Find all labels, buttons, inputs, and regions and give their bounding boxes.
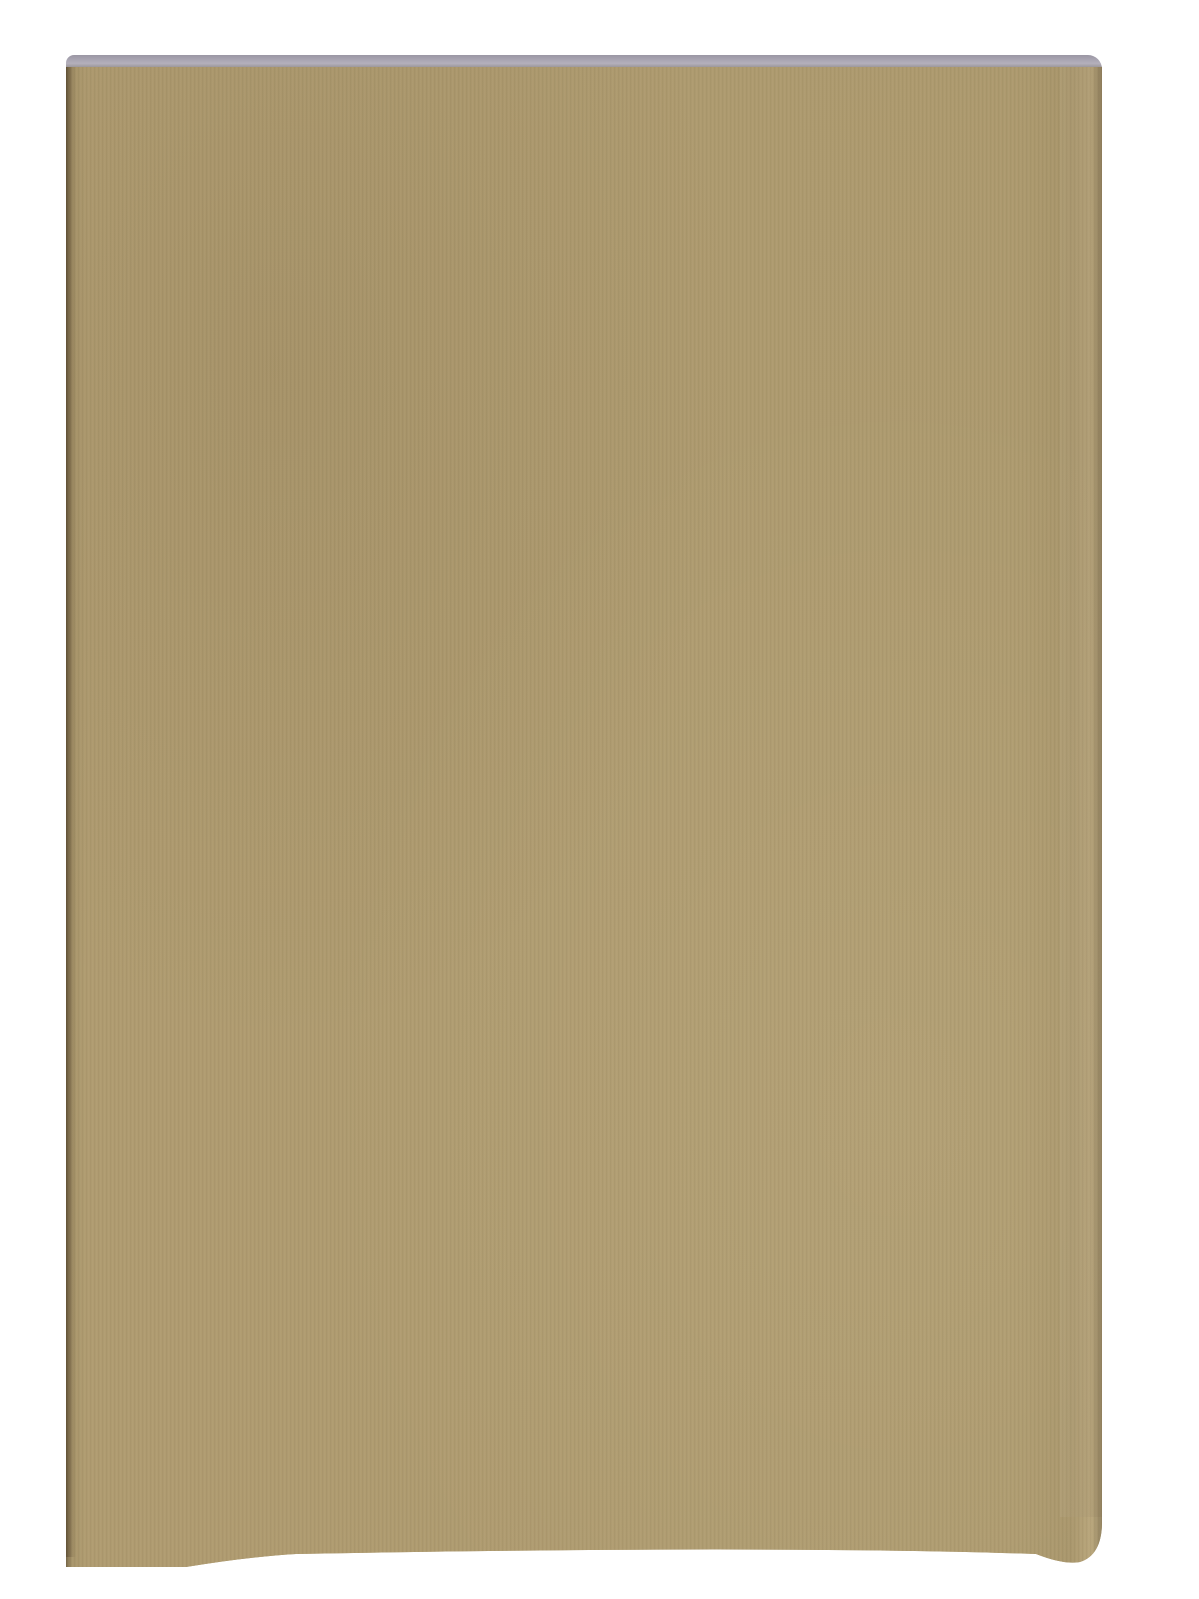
cover-fore-edge [1060,67,1102,1517]
spine-shadow [66,67,76,1557]
book-cover [66,67,1102,1567]
page-top-edge [66,55,1102,69]
